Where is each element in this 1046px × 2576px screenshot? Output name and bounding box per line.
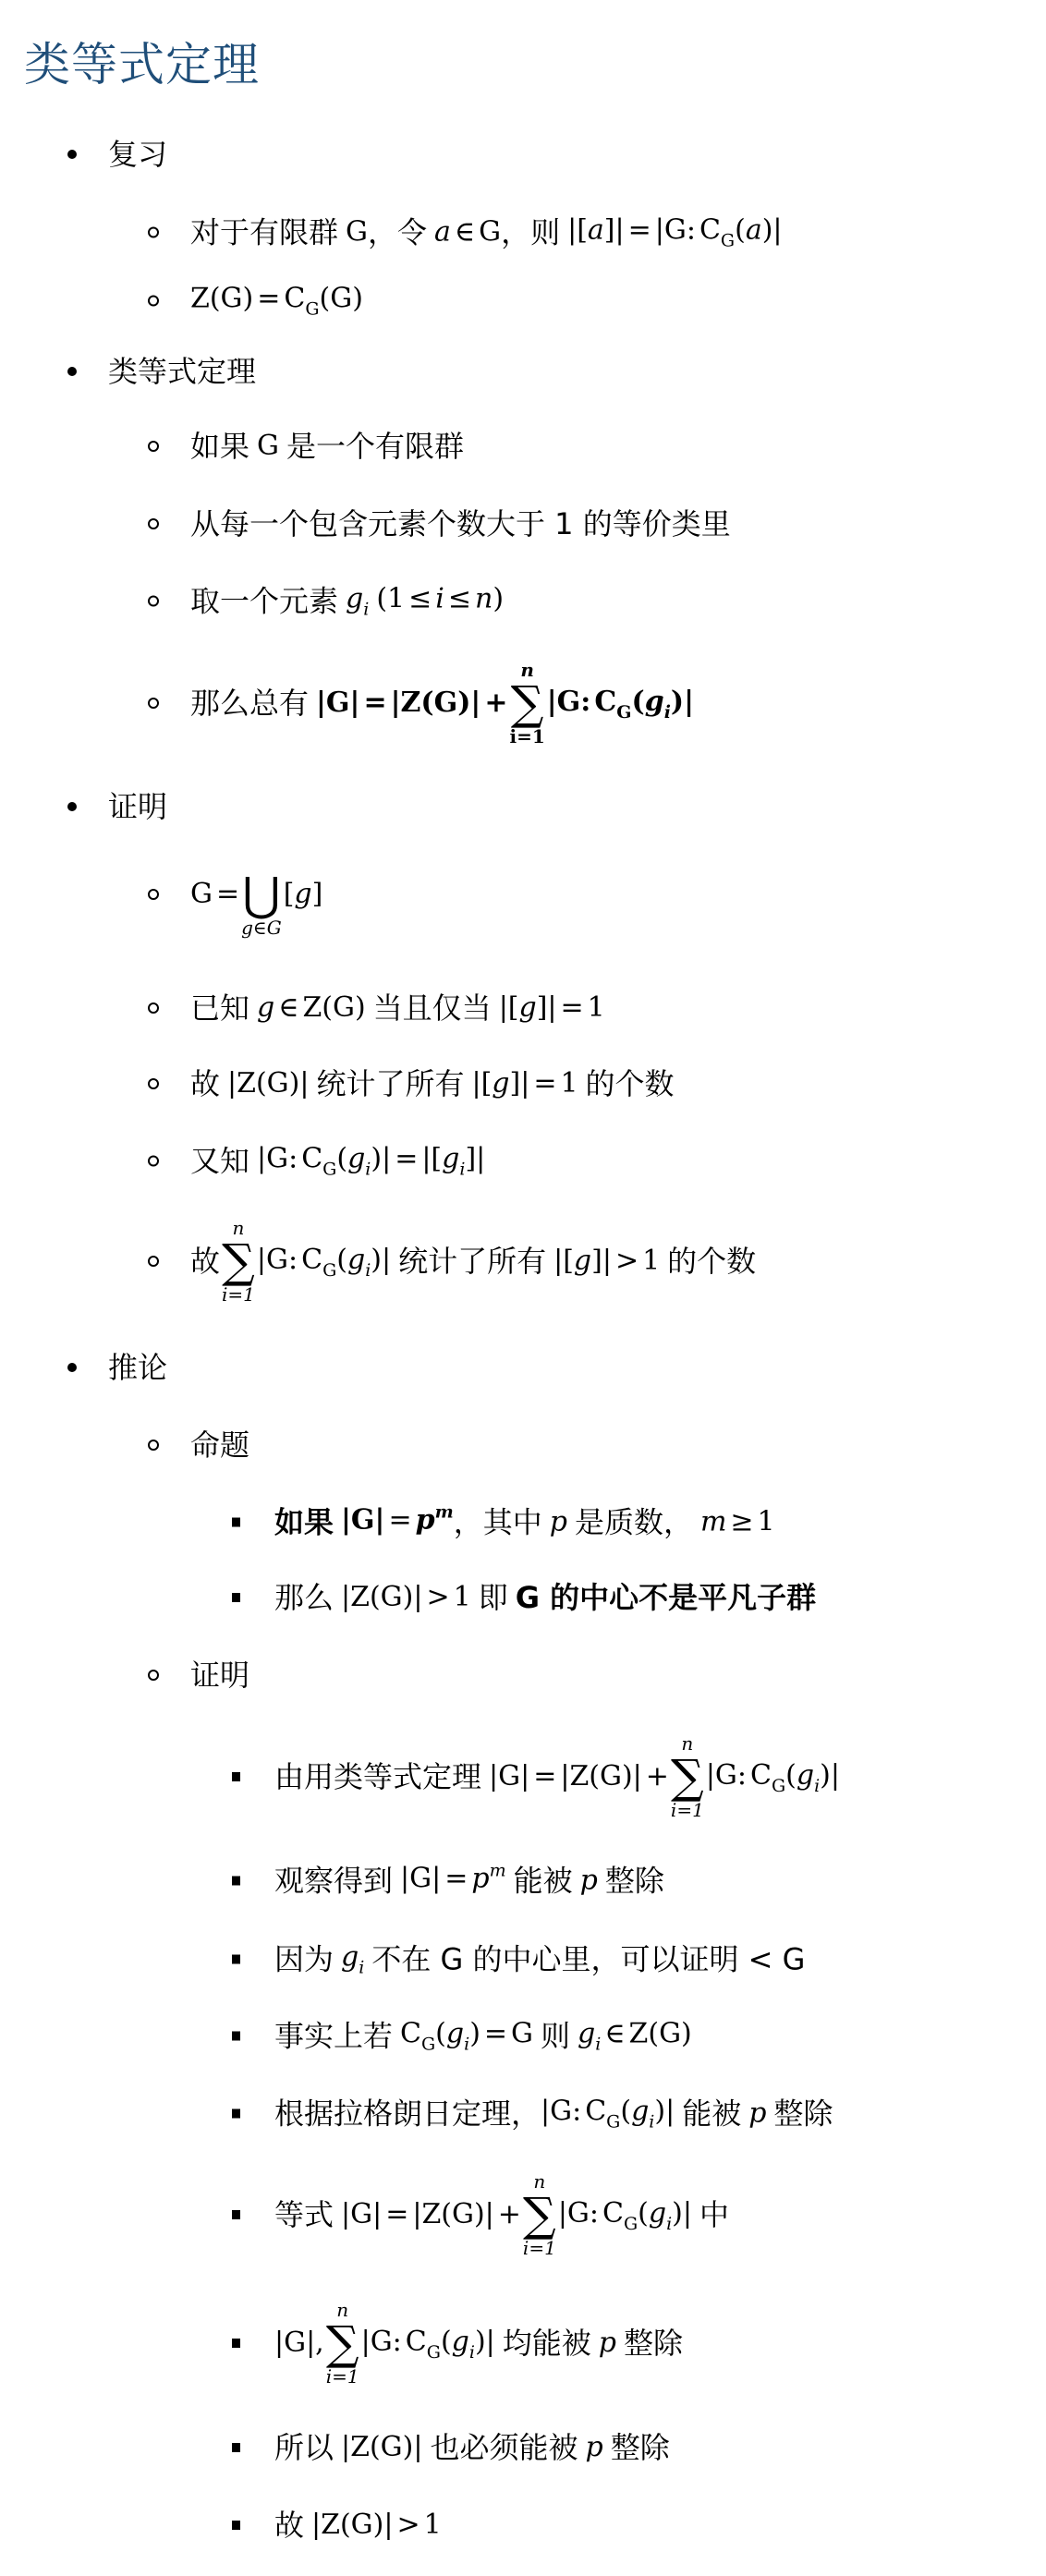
- item-text: 的个数: [586, 1065, 675, 1102]
- item-text: 是一个有限群: [286, 428, 464, 465]
- circle-bullet-icon: [144, 685, 190, 722]
- square-bullet-icon: [227, 2507, 274, 2544]
- math-expr: |G|=|Z(G)|+: [489, 1758, 669, 1795]
- square-bullet-icon: [227, 1940, 274, 1977]
- math-G: G: [257, 428, 279, 465]
- page-title: 类等式定理: [24, 37, 260, 92]
- item-text: 的个数: [667, 1243, 756, 1280]
- disc-bullet-icon: [61, 136, 108, 173]
- math-expr: |G:CG(gi)|: [257, 1242, 391, 1282]
- math-expr: |G|=pm: [341, 1502, 454, 1542]
- item-text: 整除: [773, 2095, 833, 2132]
- square-bullet-icon: [227, 1579, 274, 1616]
- math-p: p: [550, 1503, 567, 1540]
- circle-bullet-icon: [144, 582, 190, 619]
- square-bullet-icon: [227, 2196, 274, 2233]
- item-text: 不在 G 的中心里，可以证明 < G: [371, 1940, 805, 1977]
- math-expr: |G|,: [274, 2325, 324, 2362]
- item-text: 均能被: [503, 2325, 591, 2362]
- math-expr: Z(G)=CG(G): [190, 281, 363, 321]
- math-expr: |Z(G)|: [341, 2429, 422, 2466]
- item-text: 取一个元素: [190, 582, 338, 619]
- item-text: 对于有限群: [190, 213, 338, 250]
- item-text: 故: [190, 1243, 220, 1280]
- math-expr: |G:CG(gi)|=|[gi]|: [257, 1141, 485, 1181]
- sum-operator: n∑i=1: [509, 660, 544, 747]
- math-expr: |G|=|Z(G)|+: [341, 2196, 521, 2233]
- item-text: 事实上若: [274, 2017, 393, 2054]
- math-expr: |G:CG(gi)|: [558, 2195, 692, 2235]
- square-bullet-icon: [227, 2429, 274, 2466]
- math-expr: |[g]|>1: [553, 1243, 660, 1280]
- math-expr: [g]: [284, 876, 323, 913]
- circle-bullet-icon: [144, 1427, 190, 1464]
- math-expr: |G:CG(gi)|: [361, 2324, 495, 2363]
- math-expr: g∈Z(G): [257, 990, 366, 1027]
- item-text: 中: [699, 2196, 729, 2233]
- item-text: 推论: [108, 1349, 167, 1386]
- item-text: 如果: [274, 1503, 334, 1540]
- item-text: ，则: [501, 213, 560, 250]
- disc-bullet-icon: [61, 353, 108, 390]
- disc-bullet-icon: [61, 788, 108, 825]
- math-expr: |[g]|=1: [471, 1065, 578, 1102]
- math-expr: gi: [341, 1939, 364, 1979]
- math-p: p: [748, 2095, 766, 2132]
- math-expr: |G|=|Z(G)|+: [316, 685, 507, 722]
- item-text: 复习: [108, 136, 167, 173]
- circle-bullet-icon: [144, 1142, 190, 1179]
- math-expr: |Z(G)|>1: [341, 1579, 471, 1616]
- item-text: 所以: [274, 2429, 334, 2466]
- circle-bullet-icon: [144, 990, 190, 1027]
- item-text: 那么: [274, 1579, 334, 1616]
- math-p: p: [580, 1862, 598, 1899]
- math-expr: G=: [190, 876, 239, 913]
- item-text: 统计了所有: [316, 1065, 464, 1102]
- item-text: ，其中: [454, 1503, 542, 1540]
- math-G: G: [479, 213, 501, 250]
- square-bullet-icon: [227, 1503, 274, 1540]
- circle-bullet-icon: [144, 1243, 190, 1280]
- sum-operator: n∑i=1: [523, 2171, 556, 2258]
- square-bullet-icon: [227, 1758, 274, 1795]
- math-expr: |G:CG(gi)|: [706, 1757, 840, 1797]
- item-text: 观察得到: [274, 1862, 393, 1899]
- sum-operator: n∑i=1: [222, 1218, 255, 1305]
- item-text: 等式: [274, 2196, 334, 2233]
- square-bullet-icon: [227, 2325, 274, 2362]
- item-text: 因为: [274, 1940, 334, 1977]
- circle-bullet-icon: [144, 428, 190, 465]
- math-in: ∈: [455, 213, 475, 250]
- item-text: 故: [274, 2507, 304, 2544]
- circle-bullet-icon: [144, 1065, 190, 1102]
- item-text: 那么总有: [190, 685, 309, 722]
- circle-bullet-icon: [144, 213, 190, 250]
- item-text: ，令: [368, 213, 427, 250]
- item-text: 证明: [190, 1657, 249, 1694]
- circle-bullet-icon: [144, 282, 190, 319]
- item-text: 统计了所有: [398, 1243, 546, 1280]
- sum-operator: n∑i=1: [671, 1733, 704, 1820]
- math-a: a: [434, 213, 451, 250]
- math-p: p: [585, 2429, 602, 2466]
- item-text: 已知: [190, 990, 249, 1027]
- math-expr: |[a]|=|G:CG(a)|: [567, 213, 782, 252]
- math-p: p: [599, 2325, 616, 2362]
- circle-bullet-icon: [144, 1657, 190, 1694]
- item-text: 从每一个包含元素个数大于 1 的等价类里: [190, 505, 731, 542]
- square-bullet-icon: [227, 2017, 274, 2054]
- item-text: 根据拉格朗日定理，: [274, 2095, 541, 2132]
- item-text: G 的中心不是平凡子群: [516, 1579, 816, 1616]
- item-text: 整除: [611, 2429, 670, 2466]
- item-text: 即: [479, 1579, 508, 1616]
- math-expr: CG(gi)=G: [400, 2016, 533, 2056]
- math-expr: m≥1: [700, 1503, 775, 1540]
- item-text: 类等式定理: [108, 353, 256, 390]
- math-expr: |G|=pm: [400, 1861, 506, 1901]
- item-text: 整除: [624, 2325, 683, 2362]
- item-text: 能被: [682, 2095, 741, 2132]
- item-text: 故: [190, 1065, 220, 1102]
- circle-bullet-icon: [144, 505, 190, 542]
- item-text: 也必须能被: [430, 2429, 578, 2466]
- circle-bullet-icon: [144, 876, 190, 913]
- math-expr: |Z(G)|: [227, 1065, 309, 1102]
- item-text: 整除: [605, 1862, 664, 1899]
- disc-bullet-icon: [61, 1349, 108, 1386]
- item-text: 是质数，: [575, 1503, 693, 1540]
- square-bullet-icon: [227, 1862, 274, 1899]
- item-text: 又知: [190, 1142, 249, 1179]
- item-text: 当且仅当: [373, 990, 492, 1027]
- math-expr: |Z(G)|>1: [311, 2507, 442, 2544]
- math-expr: |G:CG(gi)|: [541, 2094, 675, 2133]
- math-expr: gi∈Z(G): [578, 2016, 692, 2056]
- math-expr: |[g]|=1: [499, 990, 605, 1027]
- item-text: 命题: [190, 1427, 249, 1464]
- square-bullet-icon: [227, 2095, 274, 2132]
- math-G: G: [346, 213, 368, 250]
- item-text: 证明: [108, 788, 167, 825]
- item-text: 由用类等式定理: [274, 1758, 481, 1795]
- math-expr: gi(1≤i≤n): [346, 581, 504, 621]
- item-text: 如果: [190, 428, 249, 465]
- item-text: 能被: [514, 1862, 573, 1899]
- union-operator: ⋃g∈G: [241, 871, 282, 938]
- sum-operator: n∑i=1: [326, 2300, 359, 2387]
- item-text: 则: [541, 2017, 570, 2054]
- math-expr: |G:CG(gi)|: [547, 684, 694, 723]
